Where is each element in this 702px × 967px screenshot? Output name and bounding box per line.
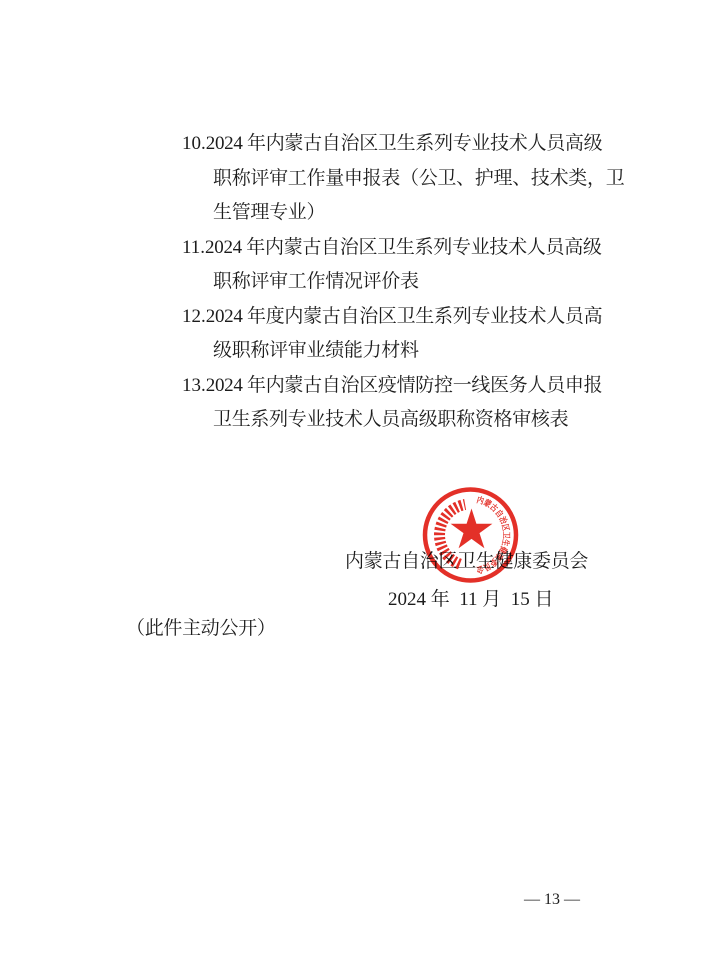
- list-line: 生管理专业）: [182, 196, 622, 231]
- item-text: 2024 年内蒙古自治区卫生系列专业技术人员高级: [205, 237, 602, 258]
- item-number: 10.: [182, 133, 206, 154]
- list-item: 13.2024 年内蒙古自治区疫情防控一线医务人员申报 卫生系列专业技术人员高级…: [182, 369, 622, 438]
- red-star-icon: [451, 509, 493, 549]
- list-item: 11.2024 年内蒙古自治区卫生系列专业技术人员高级 职称评审工作情况评价表: [182, 231, 622, 300]
- list-line: 级职称评审业绩能力材料: [182, 334, 622, 369]
- page-number: — 13 —: [524, 891, 580, 909]
- list-line: 卫生系列专业技术人员高级职称资格审核表: [182, 403, 622, 438]
- list-item: 12.2024 年度内蒙古自治区卫生系列专业技术人员高 级职称评审业绩能力材料: [182, 300, 622, 369]
- item-text: 2024 年度内蒙古自治区卫生系列专业技术人员高: [206, 306, 603, 327]
- item-number: 12.: [182, 306, 206, 327]
- item-text: 2024 年内蒙古自治区卫生系列专业技术人员高级: [206, 133, 603, 154]
- publicity-note: （此件主动公开）: [126, 613, 276, 640]
- item-number: 13.: [182, 375, 206, 396]
- attachment-list: 10.2024 年内蒙古自治区卫生系列专业技术人员高级 职称评审工作量申报表（公…: [182, 127, 622, 438]
- list-item: 10.2024 年内蒙古自治区卫生系列专业技术人员高级 职称评审工作量申报表（公…: [182, 127, 622, 231]
- list-line: 职称评审工作量申报表（公卫、护理、技术类，卫: [182, 162, 622, 197]
- document-page: 10.2024 年内蒙古自治区卫生系列专业技术人员高级 职称评审工作量申报表（公…: [0, 0, 702, 967]
- official-seal-icon: 内蒙古自治区卫生健康委员会: [415, 480, 526, 591]
- list-line: 12.2024 年度内蒙古自治区卫生系列专业技术人员高: [182, 300, 622, 335]
- seal-mongolian-script: [440, 504, 466, 564]
- list-line: 职称评审工作情况评价表: [182, 265, 622, 300]
- list-line: 11.2024 年内蒙古自治区卫生系列专业技术人员高级: [182, 231, 622, 266]
- item-number: 11.: [182, 237, 205, 258]
- list-line: 10.2024 年内蒙古自治区卫生系列专业技术人员高级: [182, 127, 622, 162]
- list-line: 13.2024 年内蒙古自治区疫情防控一线医务人员申报: [182, 369, 622, 404]
- item-text: 2024 年内蒙古自治区疫情防控一线医务人员申报: [206, 375, 603, 396]
